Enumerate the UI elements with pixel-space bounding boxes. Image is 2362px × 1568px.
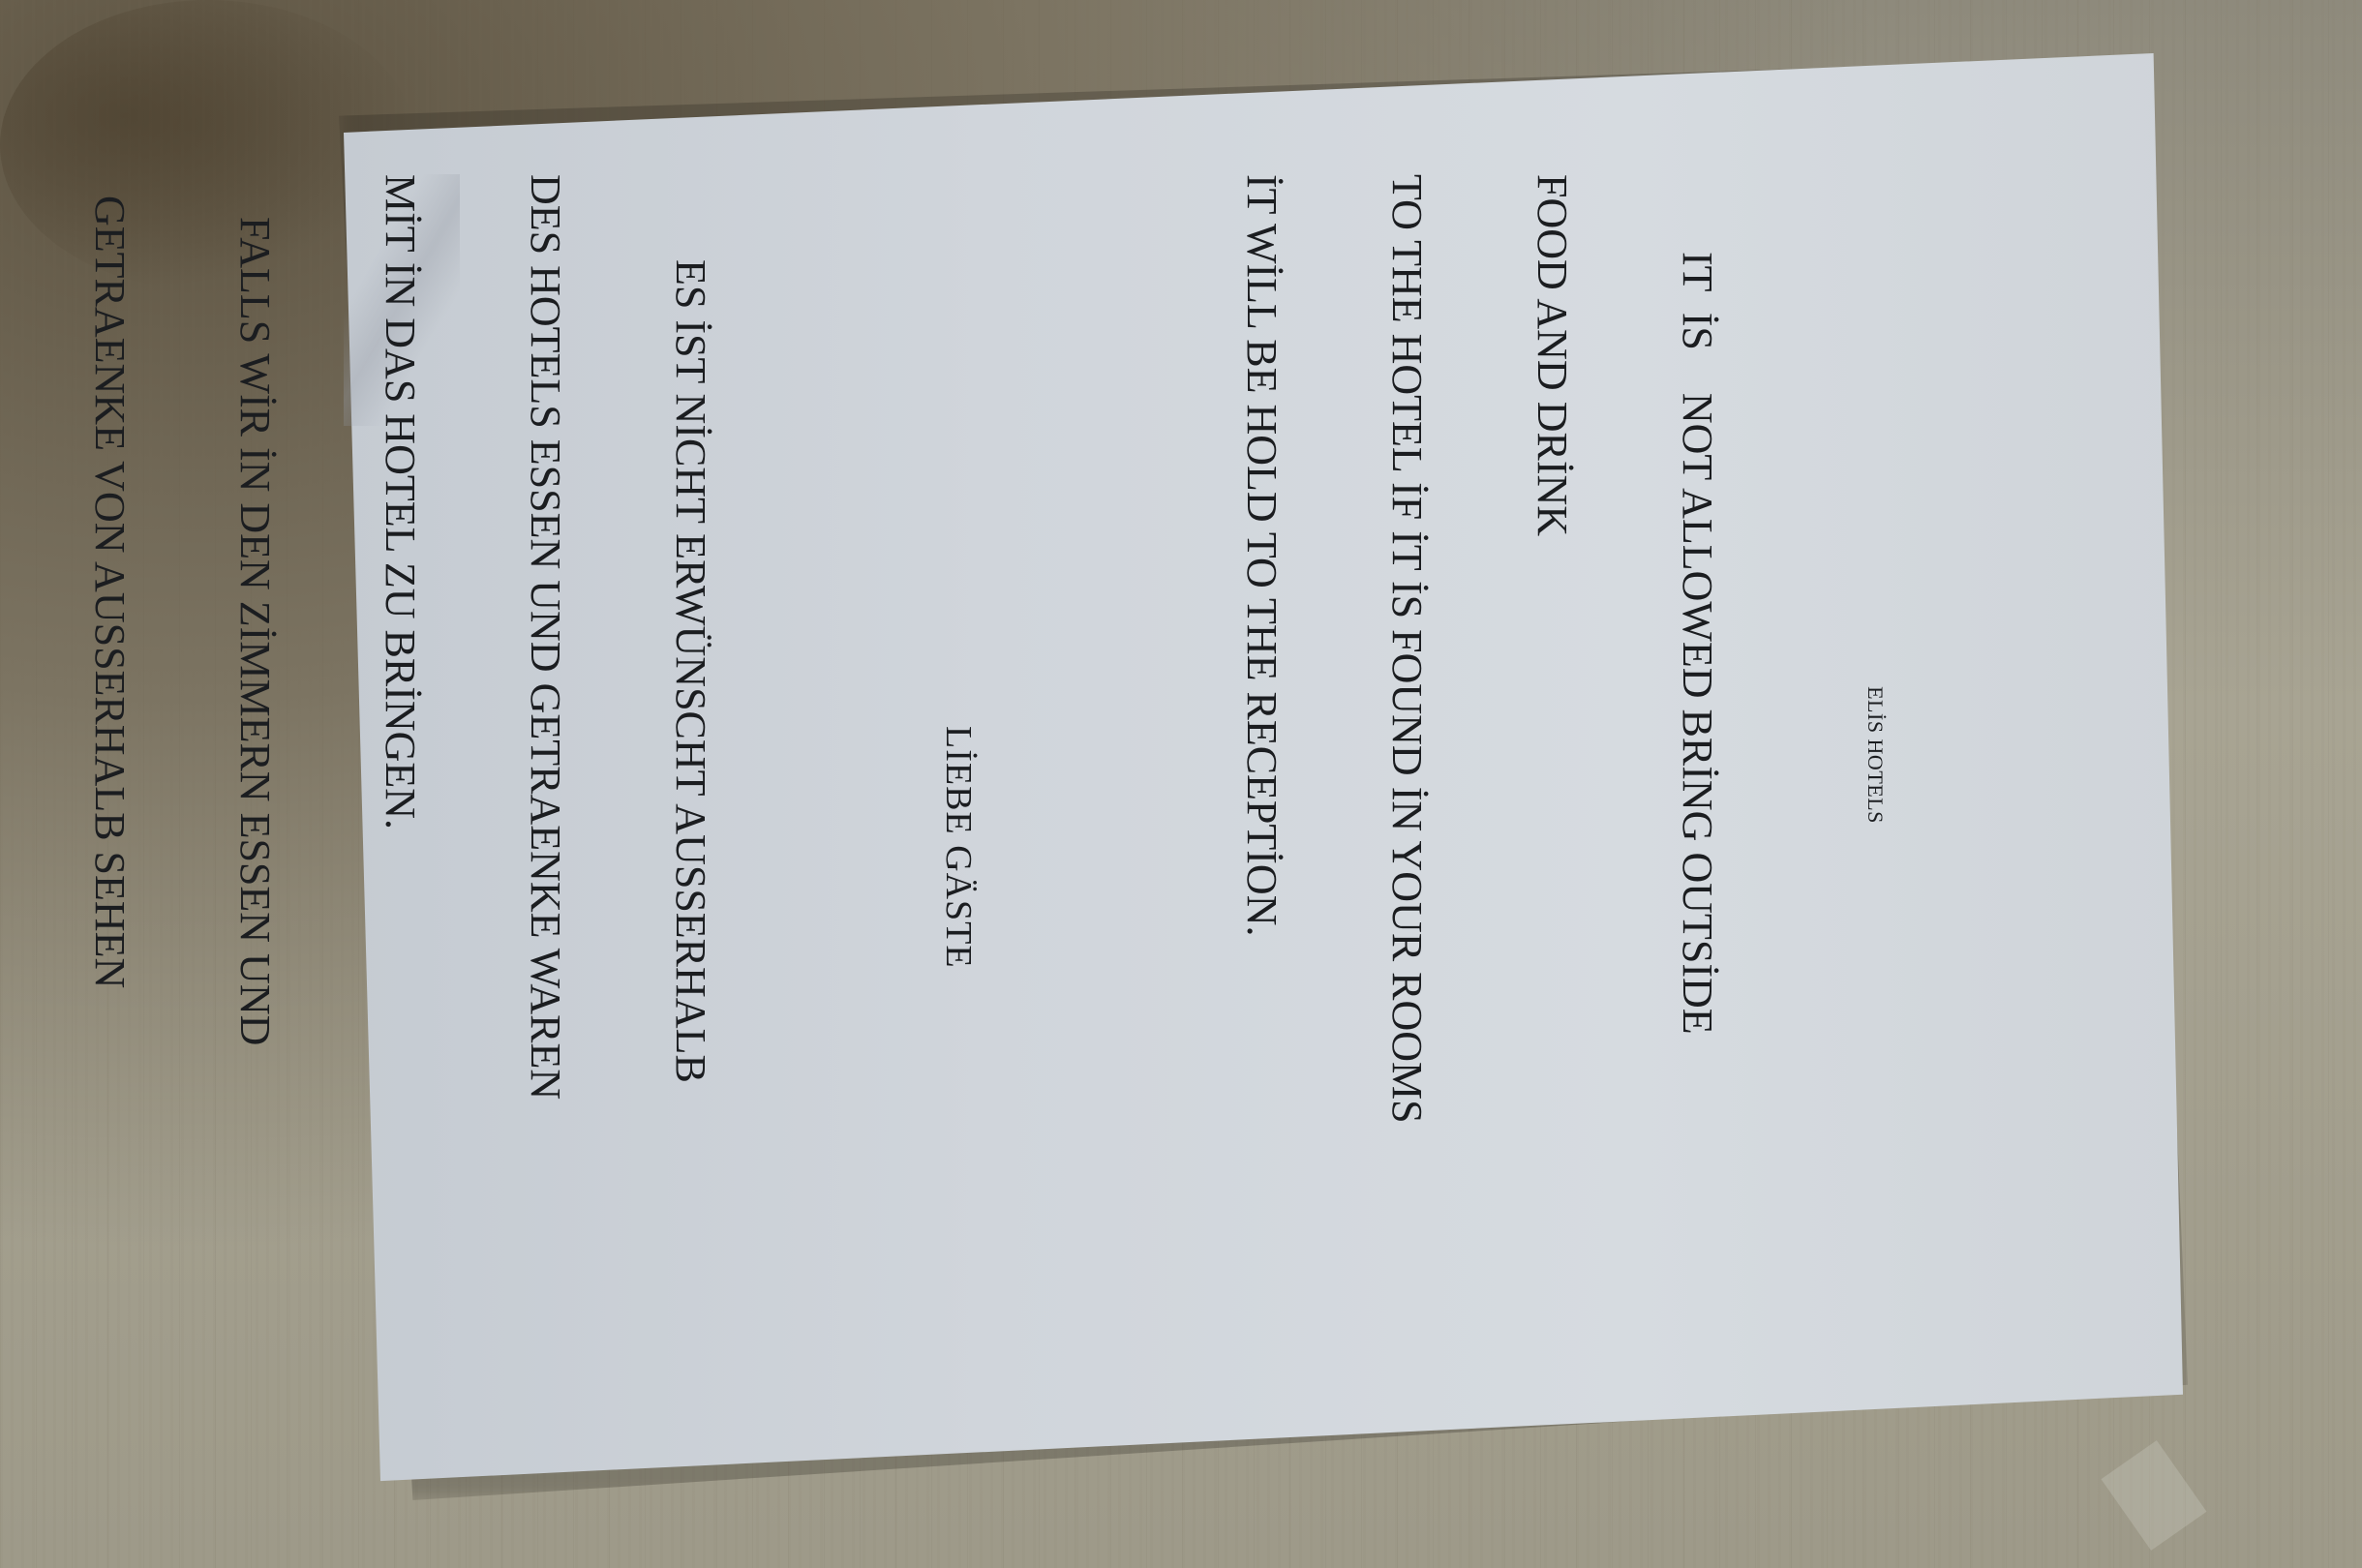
german-line: ES İST NİCHT ERWÜNSCHT AUSSERHALB xyxy=(666,174,714,1432)
german-line: MİT İN DAS HOTEL ZU BRİNGEN. xyxy=(376,174,424,1432)
german-line: FALLS WİR İN DEN ZİMMERN ESSEN UND xyxy=(230,174,279,1432)
hotel-notice: ELİS HOTELS IT İS NOT ALLOWED BRİNG OUTS… xyxy=(0,174,1888,1432)
english-line: FOOD AND DRİNK xyxy=(1528,174,1576,1432)
tape-strip xyxy=(2102,1440,2207,1551)
english-line: TO THE HOTEL İF İT İS FOUND İN YOUR ROOM… xyxy=(1382,174,1431,1432)
english-line: İT WİLL BE HOLD TO THE RECEPTİON. xyxy=(1237,174,1286,1432)
german-line: DES HOTELS ESSEN UND GETRAENKE WAREN xyxy=(521,174,569,1432)
german-paragraph: ES İST NİCHT ERWÜNSCHT AUSSERHALB DES HO… xyxy=(0,174,811,1432)
german-greeting: LİEBE GÄSTE xyxy=(937,726,980,1432)
german-line: GETRAENKE VON AUSSERHALB SEHEN xyxy=(85,174,134,1432)
notice-header: ELİS HOTELS xyxy=(1862,174,1888,1045)
english-line: IT İS NOT ALLOWED BRİNG OUTSİDE xyxy=(1673,174,1721,1432)
english-paragraph: IT İS NOT ALLOWED BRİNG OUTSİDE FOOD AND… xyxy=(1140,174,1818,1432)
